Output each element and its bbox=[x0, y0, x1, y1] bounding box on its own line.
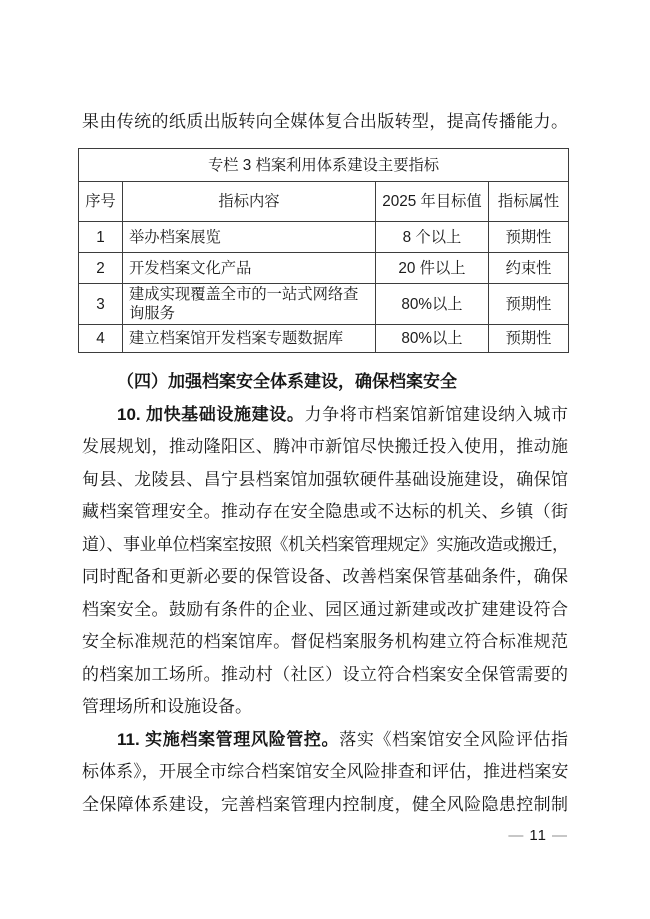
table-row: 3 建成实现覆盖全市的一站式网络查询服务 80%以上 预期性 bbox=[79, 284, 569, 325]
table-title-row: 专栏 3 档案利用体系建设主要指标 bbox=[79, 149, 569, 182]
paragraph-11-line: 标体系》，开展全市综合档案馆安全风险排查和评估，推进档案安 bbox=[82, 756, 568, 789]
cell-target: 20 件以上 bbox=[376, 253, 489, 284]
paragraph-11-line: 全保障体系建设，完善档案管理内控制度，健全风险隐患控制制 bbox=[82, 789, 568, 822]
paragraph-11-line-rest: 落实《档案馆安全风险评估指 bbox=[339, 730, 568, 749]
cell-content: 建成实现覆盖全市的一站式网络查询服务 bbox=[123, 284, 376, 325]
cell-target: 8 个以上 bbox=[376, 222, 489, 253]
cell-target: 80%以上 bbox=[376, 325, 489, 353]
paragraph-10-line: 藏档案管理安全。推动存在安全隐患或不达标的机关、乡镇（街 bbox=[82, 496, 568, 529]
cell-attribute: 预期性 bbox=[489, 284, 569, 325]
table-title: 专栏 3 档案利用体系建设主要指标 bbox=[79, 149, 569, 182]
cell-target: 80%以上 bbox=[376, 284, 489, 325]
page-number-dash: — bbox=[552, 827, 568, 844]
col-header-attribute: 指标属性 bbox=[489, 182, 569, 222]
paragraph-10-line: 档案安全。鼓励有条件的企业、园区通过新建或改扩建建设符合 bbox=[82, 594, 568, 627]
table-row: 4 建立档案馆开发档案专题数据库 80%以上 预期性 bbox=[79, 325, 569, 353]
paragraph-10-line: 安全标准规范的档案馆库。督促档案服务机构建立符合标准规范 bbox=[82, 626, 568, 659]
paragraph-11-lead: 11. 实施档案管理风险管控。 bbox=[117, 730, 339, 749]
table-header-row: 序号 指标内容 2025 年目标值 指标属性 bbox=[79, 182, 569, 222]
page-number-dash: — bbox=[508, 827, 524, 844]
page-number-value: 11 bbox=[524, 827, 552, 844]
cell-content: 举办档案展览 bbox=[123, 222, 376, 253]
cell-no: 3 bbox=[79, 284, 123, 325]
document-page: 果由传统的纸质出版转向全媒体复合出版转型，提高传播能力。 专栏 3 档案利用体系… bbox=[0, 0, 650, 919]
paragraph-10-line-rest: 力争将市档案馆新馆建设纳入城市 bbox=[304, 405, 568, 424]
cell-attribute: 预期性 bbox=[489, 222, 569, 253]
cell-attribute: 约束性 bbox=[489, 253, 569, 284]
paragraph-10-line: 道）、事业单位档案室按照《机关档案管理规定》实施改造或搬迁， bbox=[82, 529, 568, 562]
indicators-table: 专栏 3 档案利用体系建设主要指标 序号 指标内容 2025 年目标值 指标属性… bbox=[78, 148, 569, 353]
col-header-no: 序号 bbox=[79, 182, 123, 222]
table-row: 1 举办档案展览 8 个以上 预期性 bbox=[79, 222, 569, 253]
paragraph-10-line: 10. 加快基础设施建设。力争将市档案馆新馆建设纳入城市 bbox=[82, 399, 568, 432]
paragraph-10-lead: 10. 加快基础设施建设。 bbox=[117, 405, 304, 424]
cell-attribute: 预期性 bbox=[489, 325, 569, 353]
cell-content: 建立档案馆开发档案专题数据库 bbox=[123, 325, 376, 353]
cell-content: 开发档案文化产品 bbox=[123, 253, 376, 284]
col-header-content: 指标内容 bbox=[123, 182, 376, 222]
paragraph-10-line: 同时配备和更新必要的保管设备、改善档案保管基础条件，确保 bbox=[82, 561, 568, 594]
paragraph-10-line: 发展规划，推动隆阳区、腾冲市新馆尽快搬迁投入使用，推动施 bbox=[82, 431, 568, 464]
cell-no: 4 bbox=[79, 325, 123, 353]
section-heading: （四）加强档案安全体系建设，确保档案安全 bbox=[82, 366, 568, 399]
cell-no: 2 bbox=[79, 253, 123, 284]
col-header-target: 2025 年目标值 bbox=[376, 182, 489, 222]
paragraph-10-line: 的档案加工场所。推动村（社区）设立符合档案安全保管需要的 bbox=[82, 659, 568, 692]
body-text: （四）加强档案安全体系建设，确保档案安全 10. 加快基础设施建设。力争将市档案… bbox=[82, 366, 568, 821]
table-row: 2 开发档案文化产品 20 件以上 约束性 bbox=[79, 253, 569, 284]
cell-no: 1 bbox=[79, 222, 123, 253]
page-number: —11— bbox=[508, 827, 568, 845]
paragraph-11-line: 11. 实施档案管理风险管控。落实《档案馆安全风险评估指 bbox=[82, 724, 568, 757]
intro-paragraph-line: 果由传统的纸质出版转向全媒体复合出版转型，提高传播能力。 bbox=[82, 112, 568, 132]
paragraph-10-line: 甸县、龙陵县、昌宁县档案馆加强软硬件基础设施建设，确保馆 bbox=[82, 464, 568, 497]
paragraph-10-line: 管理场所和设施设备。 bbox=[82, 691, 568, 724]
